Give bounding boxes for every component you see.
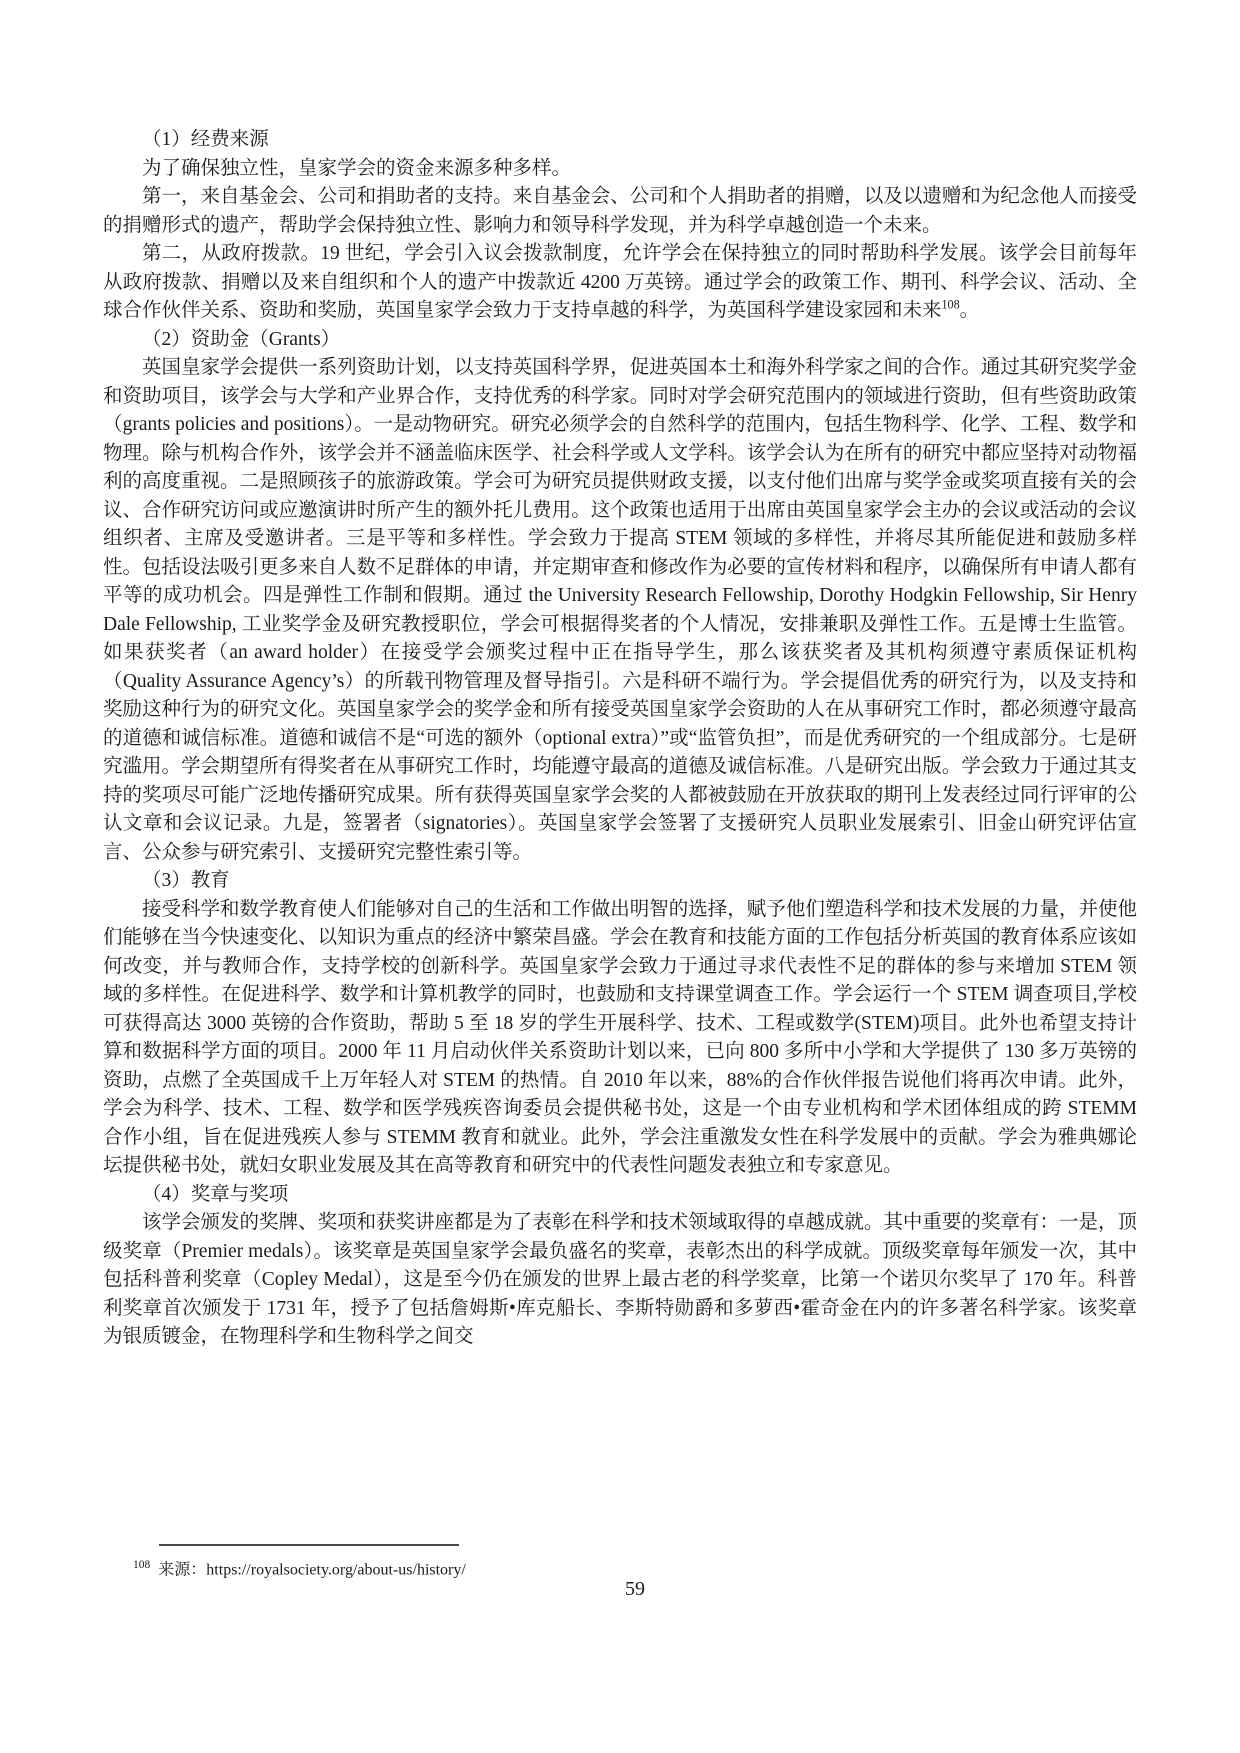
- document-page: （1）经费来源 为了确保独立性，皇家学会的资金来源多种多样。 第一，来自基金会、…: [0, 0, 1240, 1753]
- footnote-separator: [159, 1544, 459, 1546]
- paragraph-medals: 该学会颁发的奖牌、奖项和获奖讲座都是为了表彰在科学和技术领域取得的卓越成就。其中…: [103, 1209, 1137, 1352]
- footnote-source-url: https://royalsociety.org/about-us/histor…: [206, 1561, 466, 1578]
- paragraph-funding-second: 第二，从政府拨款。19 世纪，学会引入议会拨款制度，允许学会在保持独立的同时帮助…: [103, 240, 1137, 326]
- page-number: 59: [0, 1578, 1240, 1601]
- footnote-source-label: 来源：: [158, 1561, 206, 1578]
- footnote-area: 108来源：https://royalsociety.org/about-us/…: [103, 1544, 1137, 1581]
- section-heading-grants: （2）资助金（Grants）: [103, 326, 1137, 355]
- paragraph-funding-intro: 为了确保独立性，皇家学会的资金来源多种多样。: [103, 155, 1137, 184]
- paragraph-funding-first: 第一，来自基金会、公司和捐助者的支持。来自基金会、公司和个人捐助者的捐赠，以及以…: [103, 183, 1137, 240]
- footnote-marker: 108: [133, 1559, 150, 1571]
- paragraph-text: 。: [960, 300, 980, 321]
- paragraph-text: 第二，从政府拨款。19 世纪，学会引入议会拨款制度，允许学会在保持独立的同时帮助…: [103, 243, 1137, 321]
- footnote-reference-108: 108: [942, 298, 960, 312]
- paragraph-grants: 英国皇家学会提供一系列资助计划，以支持英国科学界，促进英国本土和海外科学家之间的…: [103, 354, 1137, 867]
- section-heading-medals: （4）奖章与奖项: [103, 1181, 1137, 1210]
- section-heading-education: （3）教育: [103, 867, 1137, 896]
- section-heading-funding: （1）经费来源: [103, 126, 1137, 155]
- paragraph-education: 接受科学和数学教育使人们能够对自己的生活和工作做出明智的选择，赋予他们塑造科学和…: [103, 896, 1137, 1181]
- document-body: （1）经费来源 为了确保独立性，皇家学会的资金来源多种多样。 第一，来自基金会、…: [103, 126, 1137, 1352]
